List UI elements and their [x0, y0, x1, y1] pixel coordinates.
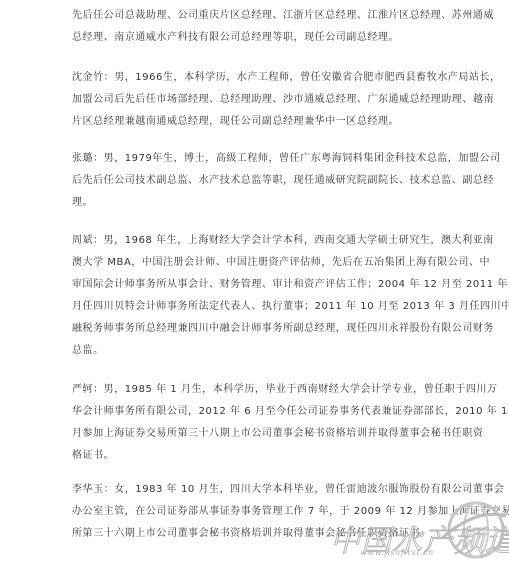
- text-line: 总监。: [72, 345, 104, 357]
- text-line: 月参加上海证券交易所第三十八期上市公司董事会秘书资格培训并取得董事会秘书任职资: [72, 428, 483, 440]
- watermark: 中国水产频道 www.fishfirst.cn: [330, 498, 508, 562]
- text-line: 融税务师事务所总经理兼四川中融会计师事务所副总经理，现任四川永祥股份有限公司财务: [72, 323, 494, 335]
- watermark-url: www.fishfirst.cn: [360, 548, 434, 557]
- text-line: 格证书。: [72, 450, 114, 462]
- text-line: 沈金竹：男，1966生，本科学历，水产工程师，曾任安徽省合肥市肥西县畜牧水产局站…: [72, 72, 501, 84]
- text-line: 先后任公司总裁助理、公司重庆片区总经理、江浙片区总经理、江淮片区总经理、苏州通威: [72, 10, 494, 22]
- text-line: 周斌：男，1968 年生，上海财经大学会计学本科，西南交通大学硕士研究生，澳大利…: [72, 235, 494, 247]
- text-line: 加盟公司后先后任市场部经理、总经理助理、沙市通威总经理、广东通威总经理助理、越南: [72, 94, 494, 106]
- text-line: 审国际会计师事务所从事会计、财务管理、审计和资产评估工作；2004 年 12 月…: [72, 279, 509, 291]
- text-line: 理。: [72, 197, 93, 209]
- text-line: 月任四川贝特会计师事务所法定代表人、执行董事；2011 年 10 月至 2013…: [72, 301, 509, 313]
- text-line: 严轲：男，1985 年 1 月生，本科学历，毕业于西南财经大学会计学专业，曾任职…: [72, 384, 498, 396]
- text-line: 张璐：男，1979年生，博士，高级工程师，曾任广东粤海饲料集团金科技术总监，加盟…: [72, 153, 501, 165]
- text-line: 李华玉：女，1983 年 10 月生，四川大学本科毕业，曾任雷迪波尔服饰股份有限…: [72, 484, 504, 496]
- text-line: 后先后任公司技术副总监、水产技术总监等职，现任通威研究院副院长、技术总监、副总经: [72, 175, 494, 187]
- text-line: 片区总经理兼越南通威总经理，现任公司副总经理兼华中一区总经理。: [72, 116, 399, 128]
- text-line: 澳大学 MBA，中国注册会计师、中国注册资产评估师，先后在五冶集团上海有限公司、…: [72, 257, 490, 269]
- text-line: 华会计师事务所有限公司，2012 年 6 月至今任公司证券事务代表兼证券部部长，…: [72, 406, 509, 418]
- text-line: 总经理、南京通威水产科技有限公司总经理等职，现任公司副总经理。: [72, 32, 399, 44]
